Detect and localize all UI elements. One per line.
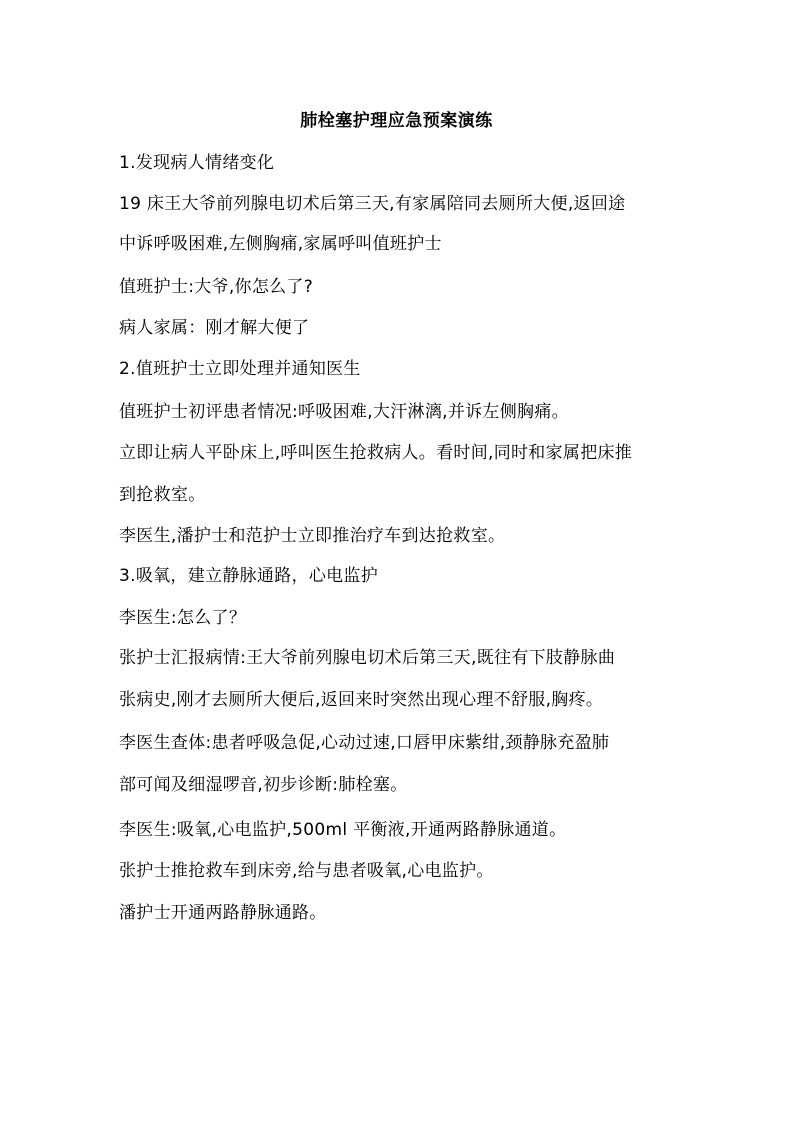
paragraph-line: 立即让病人平卧床上,呼叫医生抢救病人。看时间,同时和家属把床推 <box>119 438 632 463</box>
paragraph-line: 李医生:吸氧,心电监护,500ml 平衡液,开通两路静脉通道。 <box>119 815 566 840</box>
paragraph-line: 中诉呼吸困难,左侧胸痛,家属呼叫值班护士 <box>119 229 442 254</box>
paragraph-line: 部可闻及细湿啰音,初步诊断:肺栓塞。 <box>119 770 408 795</box>
paragraph-line: 张病史,刚才去厕所大便后,返回来时突然出现心理不舒服,胸疼。 <box>119 685 603 710</box>
dialogue-line: 值班护士:大爷,你怎么了? <box>119 272 313 297</box>
section-heading-2: 2.值班护士立即处理并通知医生 <box>119 354 361 379</box>
paragraph-line: 潘护士开通两路静脉通路。 <box>119 898 327 923</box>
paragraph-line: 李医生查体:患者呼吸急促,心动过速,口唇甲床紫绀,颈静脉充盈肺 <box>119 728 609 753</box>
paragraph-line: 张护士推抢救车到床旁,给与患者吸氧,心电监护。 <box>119 856 494 881</box>
section-heading-3: 3.吸氧，建立静脉通路，心电监护 <box>119 561 378 586</box>
paragraph-line: 19 床王大爷前列腺电切术后第三天,有家属陪同去厕所大便,返回途 <box>119 189 625 214</box>
paragraph-line: 值班护士初评患者情况:呼吸困难,大汗淋漓,并诉左侧胸痛。 <box>119 397 569 422</box>
paragraph-line: 张护士汇报病情:王大爷前列腺电切术后第三天,既往有下肢静脉曲 <box>119 643 615 668</box>
section-heading-1: 1.发现病人情绪变化 <box>119 148 274 173</box>
paragraph-line: 李医生,潘护士和范护士立即推治疗车到达抢救室。 <box>119 521 505 546</box>
dialogue-line: 病人家属：刚才解大便了 <box>119 313 309 338</box>
paragraph-line: 到抢救室。 <box>119 480 206 505</box>
document-title: 肺栓塞护理应急预案演练 <box>0 106 793 131</box>
document-page: 肺栓塞护理应急预案演练 1.发现病人情绪变化 19 床王大爷前列腺电切术后第三天… <box>0 0 793 1122</box>
dialogue-line: 李医生:怎么了？ <box>119 603 246 628</box>
